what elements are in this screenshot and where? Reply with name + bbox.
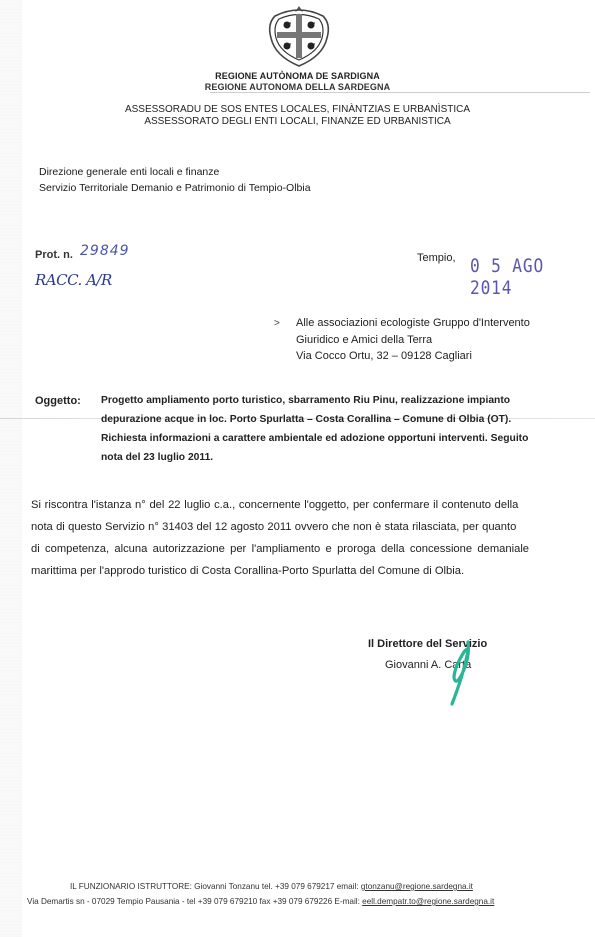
footer-officer-line: IL FUNZIONARIO ISTRUTTORE: Giovanni Tonz…	[70, 882, 473, 891]
region-name-sardinian: REGIONE AUTÒNOMA DE SARDIGNA	[0, 71, 595, 81]
region-name-italian: REGIONE AUTONOMA DELLA SARDEGNA	[0, 82, 595, 92]
handwritten-registered-mail-note: RACC. A/R	[35, 271, 112, 289]
service-name: Servizio Territoriale Demanio e Patrimon…	[39, 182, 311, 194]
header-divider	[210, 92, 590, 93]
body-line: di competenza, alcuna autorizzazione per…	[31, 543, 529, 555]
subject-line: depurazione acque in loc. Porto Spurlatt…	[101, 414, 511, 425]
place: Tempio,	[417, 252, 456, 264]
body-line: marittima per l'approdo turistico di Cos…	[31, 565, 464, 577]
scan-edge-noise	[0, 0, 22, 937]
protocol-number: 29849	[80, 243, 130, 259]
recipient-line: Alle associazioni ecologiste Gruppo d'In…	[296, 317, 530, 329]
body-line: Si riscontra l'istanza n° del 22 luglio …	[31, 499, 518, 511]
subject-line: nota del 23 luglio 2011.	[101, 452, 213, 463]
department-sardinian: ASSESSORADU DE SOS ENTES LOCALES, FINÀNT…	[0, 104, 595, 115]
protocol-label: Prot. n.	[35, 249, 73, 261]
footer-address-line: Via Demartis sn - 07029 Tempio Pausania …	[27, 897, 494, 906]
sardinia-coat-of-arms-icon	[265, 2, 333, 68]
office-email-link[interactable]: eell.dempatr.to@regione.sardegna.it	[362, 897, 494, 906]
directorate: Direzione generale enti locali e finanze	[39, 166, 219, 178]
footer-officer-text: IL FUNZIONARIO ISTRUTTORE: Giovanni Tonz…	[70, 882, 361, 891]
recipient-line: Via Cocco Ortu, 32 – 09128 Cagliari	[296, 350, 472, 362]
subject-line: Progetto ampliamento porto turistico, sb…	[101, 395, 510, 406]
date-stamp: 0 5 AGO 2014	[470, 255, 576, 299]
officer-email-link[interactable]: gtonzanu@regione.sardegna.it	[361, 882, 473, 891]
recipient-line: Giuridico e Amici della Terra	[296, 334, 432, 346]
recipient-marker-icon: >	[274, 318, 280, 329]
handwritten-signature-icon	[440, 638, 476, 708]
department-italian: ASSESSORATO DEGLI ENTI LOCALI, FINANZE E…	[0, 116, 595, 127]
body-line: nota di questo Servizio n° 31403 del 12 …	[31, 521, 516, 533]
subject-label: Oggetto:	[35, 395, 81, 407]
footer-address-text: Via Demartis sn - 07029 Tempio Pausania …	[27, 897, 362, 906]
subject-line: Richiesta informazioni a carattere ambie…	[101, 433, 528, 444]
